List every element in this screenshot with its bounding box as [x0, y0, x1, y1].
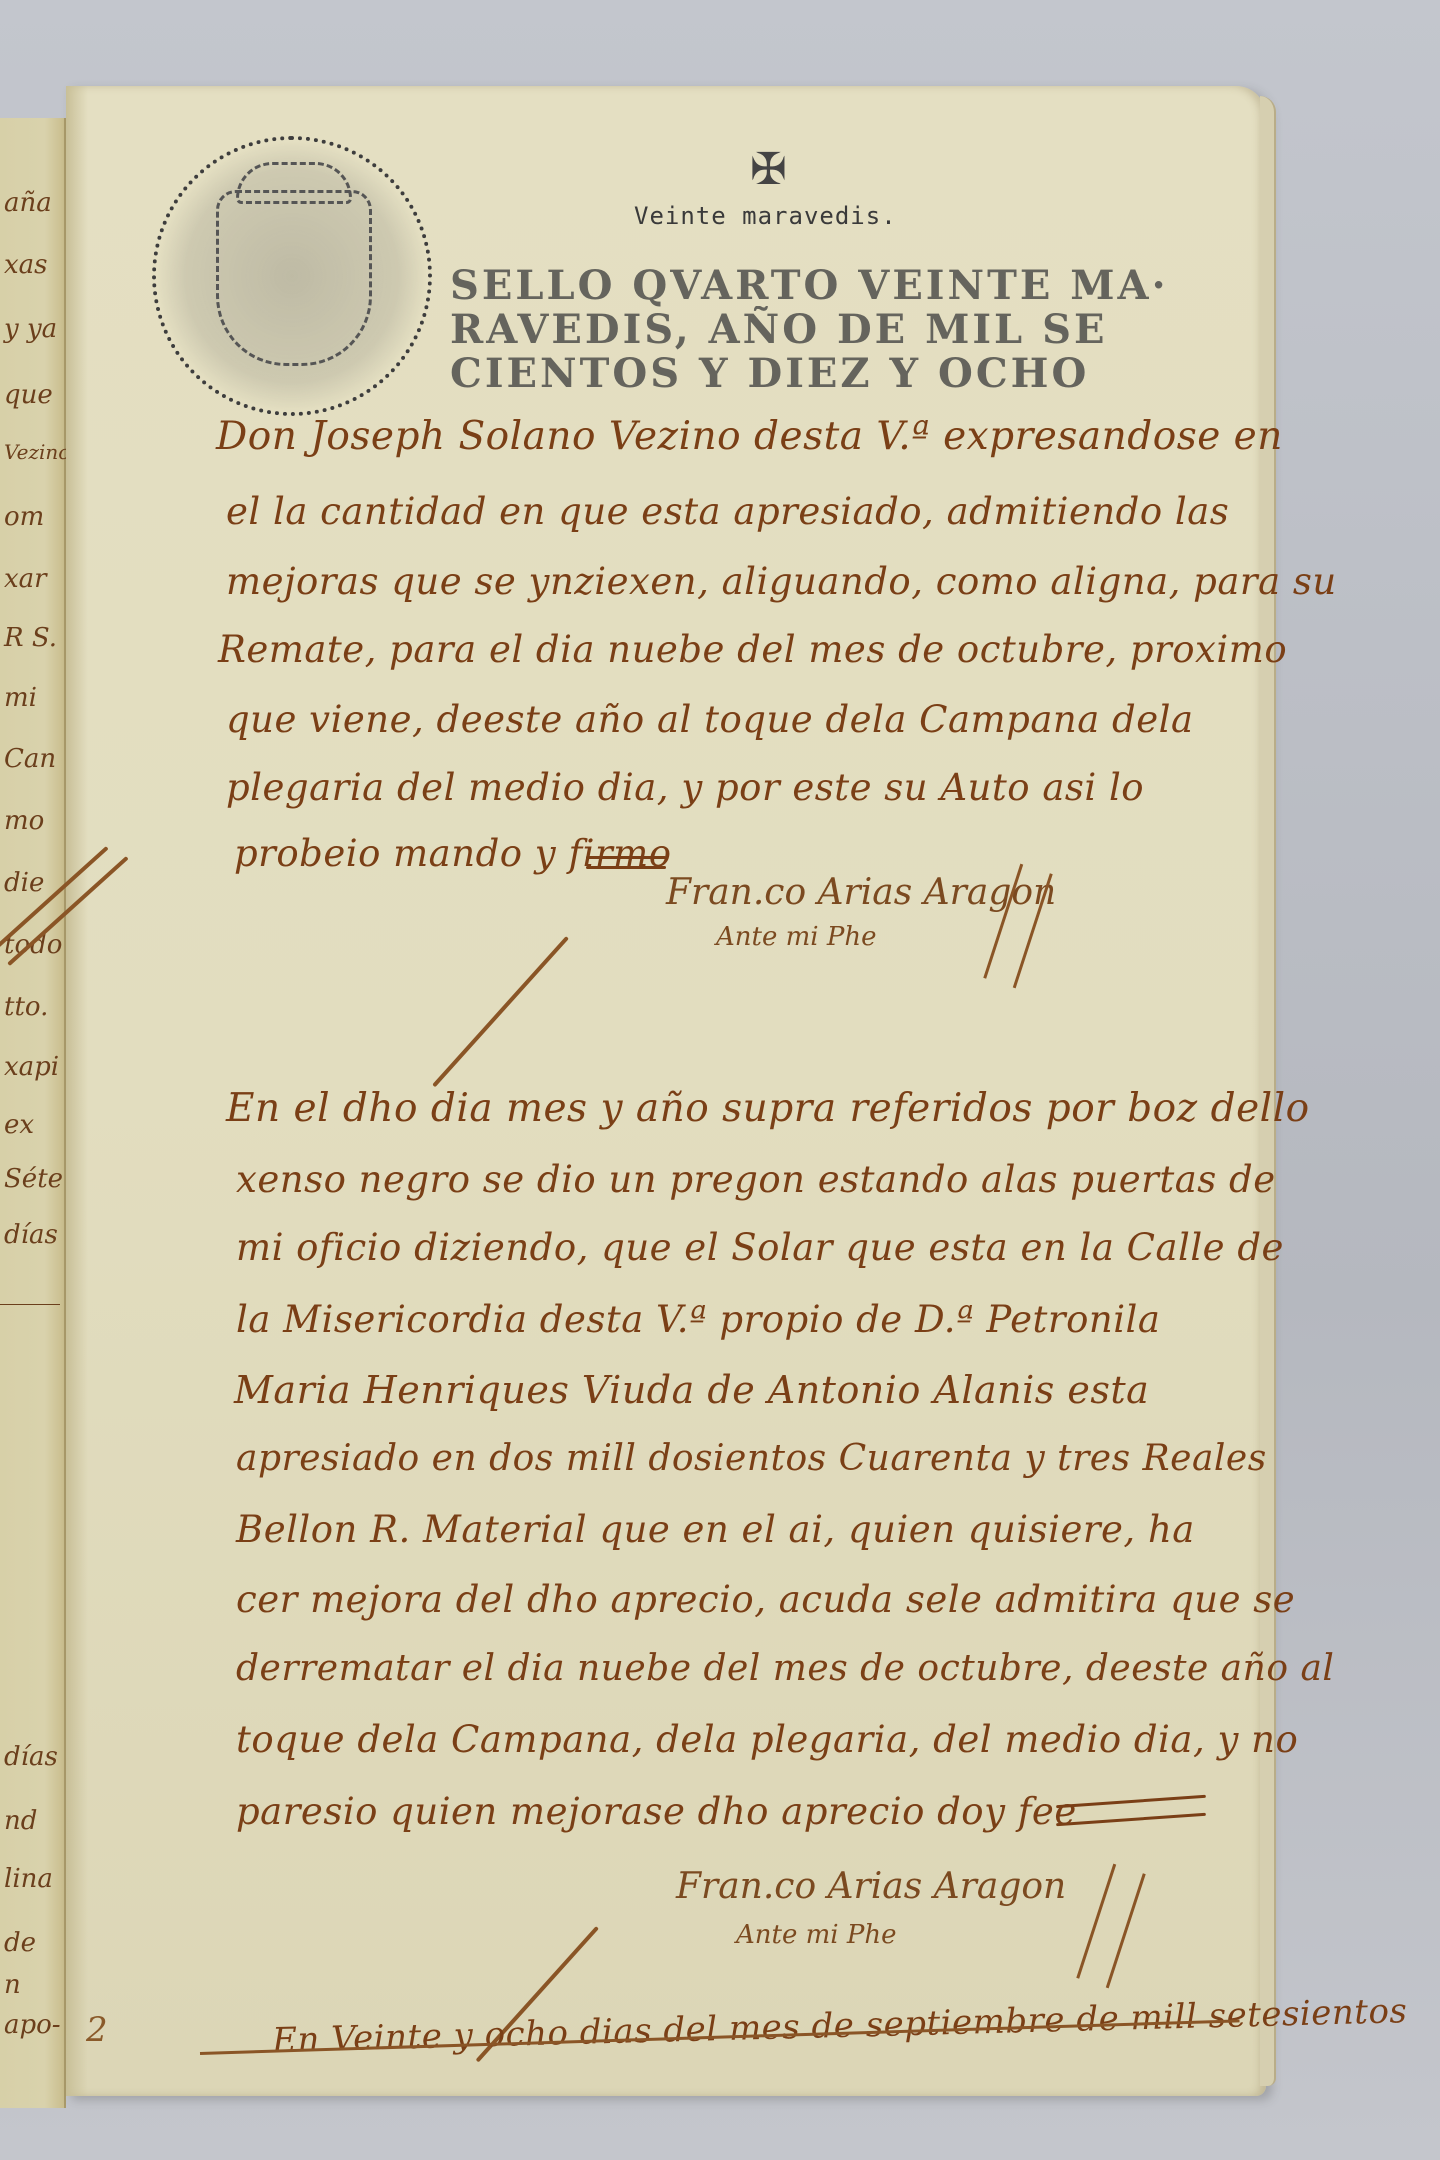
facing-page-margin: aña xas y ya que Vezino om xar R S. mi C… — [0, 118, 66, 2108]
text-line: el la cantidad en que esta apresiado, ad… — [226, 490, 1229, 533]
margin-word: xar — [4, 564, 47, 594]
text-line: Bellon R. Material que en el ai, quien q… — [236, 1508, 1195, 1551]
margin-word: xapi — [4, 1052, 59, 1082]
margin-word: mo — [4, 806, 44, 836]
margin-word: días — [4, 1742, 58, 1772]
margin-word: y ya — [4, 314, 57, 344]
signature-subline: Ante mi Phe — [736, 1920, 896, 1950]
page-gutter — [66, 86, 88, 2096]
signature-name: Fran.co Arias Aragon — [676, 1866, 1066, 1907]
margin-word: Can — [4, 744, 56, 774]
text-line: Maria Henriques Viuda de Antonio Alanis … — [234, 1368, 1149, 1412]
text-line: mejoras que se ynziexen, aliguando, como… — [226, 560, 1337, 603]
text-line: que viene, deeste año al toque dela Camp… — [226, 698, 1194, 741]
margin-word: R S. — [4, 623, 57, 653]
margin-word: tto. — [4, 992, 48, 1022]
closing-flourish — [586, 856, 666, 859]
stamp-line-2: RAVEDIS, AÑO DE MIL SE — [450, 306, 1107, 353]
margin-word: Vezino — [4, 440, 70, 464]
text-line: toque dela Campana, dela plegaria, del m… — [236, 1718, 1298, 1761]
text-line: plegaria del medio dia, y por este su Au… — [226, 766, 1144, 809]
manuscript-page: ✠ Veinte maravedis. SELLO QVARTO VEINTE … — [66, 86, 1266, 2096]
text-line: paresio quien mejorase dho aprecio doy f… — [236, 1790, 1077, 1833]
cross-icon: ✠ — [750, 144, 787, 195]
margin-word: nd — [4, 1806, 37, 1836]
margin-word: Séte — [4, 1164, 63, 1194]
margin-word: aña — [4, 188, 52, 218]
signature-stroke — [432, 936, 569, 1087]
margin-word: n — [4, 1970, 21, 2000]
text-line: la Misericordia desta V.ª propio de D.ª … — [236, 1298, 1160, 1341]
page-number: 2 — [86, 2010, 108, 2050]
coat-of-arms-shield-icon — [216, 190, 372, 366]
margin-word: ex — [4, 1110, 34, 1140]
signature-name: Fran.co Arias Aragon — [666, 872, 1056, 913]
text-line: derrematar el dia nuebe del mes de octub… — [236, 1648, 1334, 1689]
text-line: En el dho dia mes y año supra referidos … — [226, 1086, 1310, 1131]
rubric-icon — [1076, 1864, 1145, 1989]
margin-word: mi — [4, 683, 37, 713]
closing-flourish — [586, 866, 666, 869]
margin-word: que — [4, 380, 53, 410]
footer-text-line: En Veinte y ocho dias del mes de septiem… — [272, 1991, 1408, 2061]
margin-word: de — [4, 1928, 36, 1958]
margin-rule — [0, 1304, 60, 1305]
text-line: mi oficio diziendo, que el Solar que est… — [236, 1226, 1284, 1269]
text-line: apresiado en dos mill dosientos Cuarenta… — [236, 1438, 1267, 1479]
margin-word: die — [4, 868, 44, 898]
margin-word: om — [4, 502, 44, 532]
text-line: Don Joseph Solano Vezino desta V.ª expre… — [216, 414, 1283, 459]
signature-subline: Ante mi Phe — [716, 922, 876, 952]
closing-flourish — [1056, 1813, 1206, 1826]
text-line: Remate, para el dia nuebe del mes de oct… — [218, 628, 1287, 671]
text-line: xenso negro se dio un pregon estando ala… — [236, 1158, 1276, 1201]
stamp-value-line: Veinte maravedis. — [634, 202, 897, 230]
text-line: cer mejora del dho aprecio, acuda sele a… — [236, 1578, 1295, 1621]
margin-word: días — [4, 1220, 58, 1250]
stamp-line-1: SELLO QVARTO VEINTE MA· — [450, 262, 1169, 309]
closing-flourish — [1056, 1795, 1206, 1808]
stamp-line-3: CIENTOS Y DIEZ Y OCHO — [450, 350, 1089, 397]
margin-word: lina — [4, 1864, 53, 1894]
margin-word: apo- — [4, 2010, 61, 2040]
margin-word: xas — [4, 250, 48, 280]
royal-seal-icon — [152, 136, 432, 416]
